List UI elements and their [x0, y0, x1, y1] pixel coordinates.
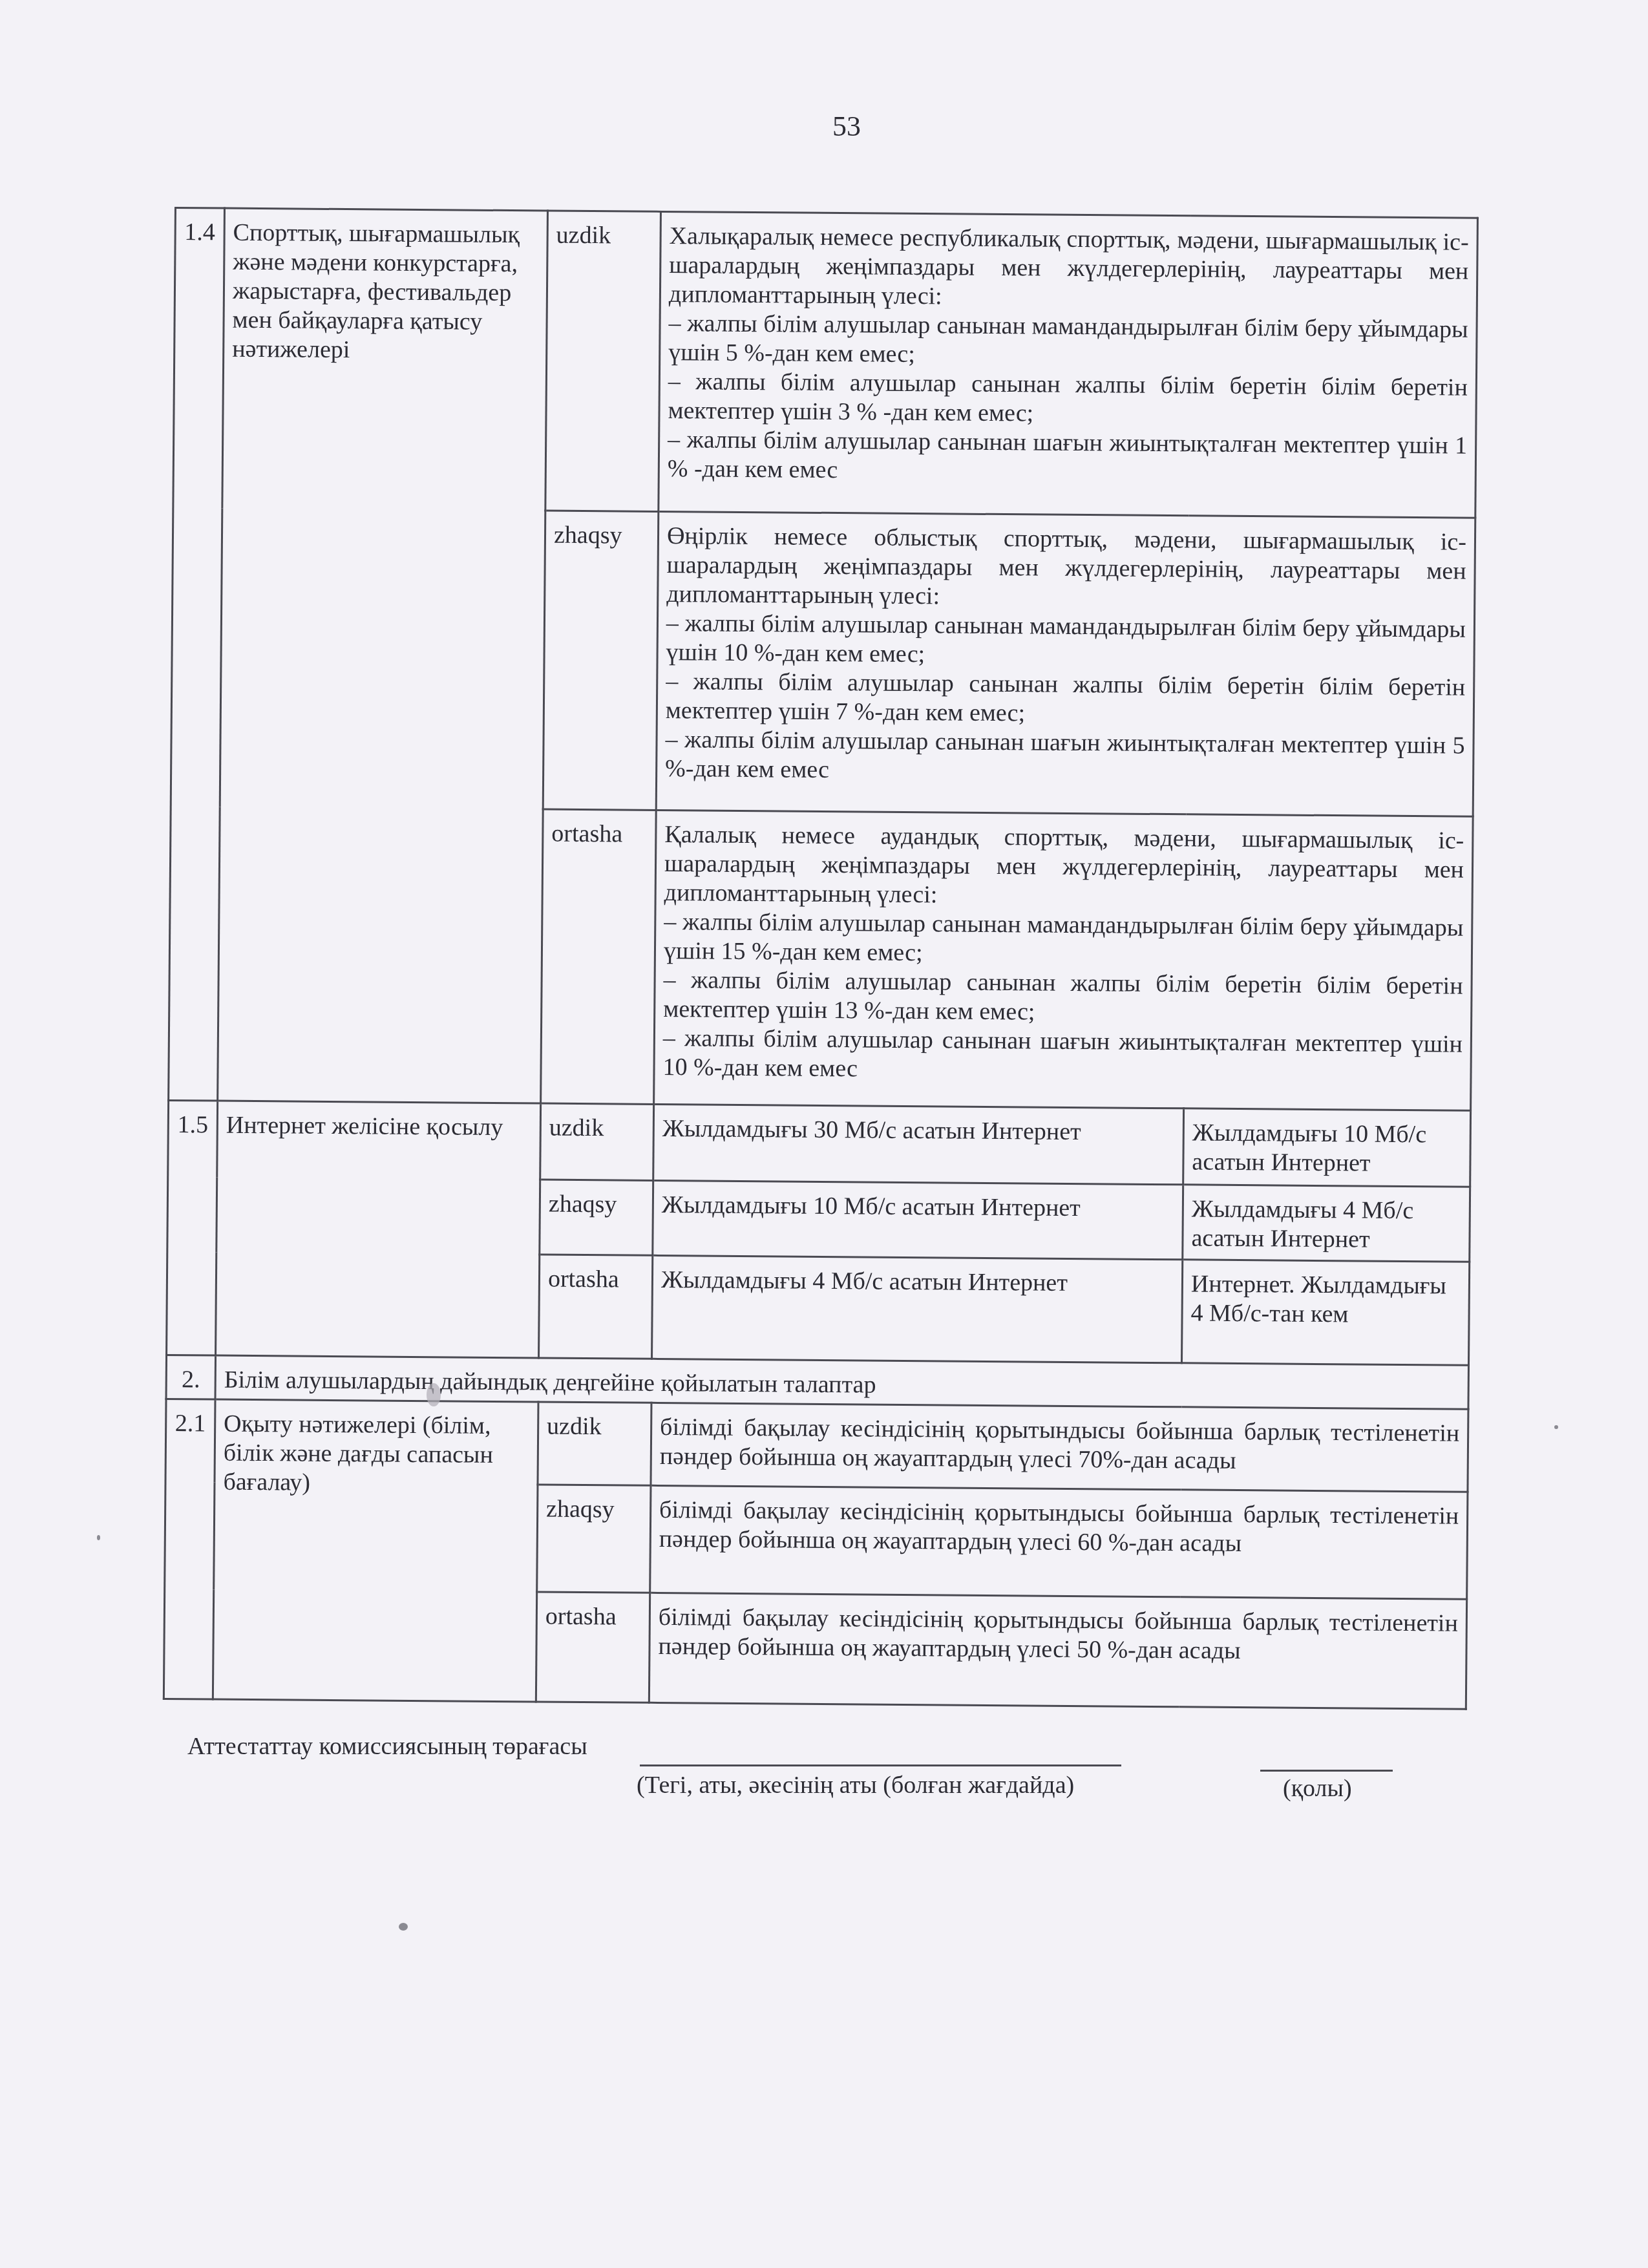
- description-item: – жалпы білім алушылар санынан маманданд…: [666, 609, 1466, 673]
- internet-requirement-alt: Жылдамдығы 4 Мб/с асатын Интернет: [1183, 1185, 1470, 1262]
- level-description: білімді бақылау кесіндісінің қорытындысы…: [650, 1485, 1468, 1599]
- level-label: ortasha: [541, 809, 657, 1104]
- description-text: білімді бақылау кесіндісінің қорытындысы…: [660, 1413, 1460, 1478]
- level-description: Қалалық немесе аудандық спорттық, мәдени…: [654, 810, 1474, 1110]
- signature-caption: (қолы): [1283, 1774, 1352, 1803]
- internet-requirement-alt: Жылдамдығы 10 Мб/с асатын Интернет: [1183, 1108, 1471, 1187]
- description-item: – жалпы білім алушылар санынан жалпы біл…: [663, 966, 1463, 1030]
- table-row: 1.4 Спорттық, шығармашылық және мәдени к…: [173, 208, 1478, 518]
- row-number: 1.4: [169, 208, 225, 1101]
- level-description: білімді бақылау кесіндісінің қорытындысы…: [651, 1403, 1468, 1492]
- level-label: zhaqsy: [537, 1485, 651, 1593]
- level-label: ortasha: [536, 1592, 650, 1702]
- criterion-cell: Спорттық, шығармашылық және мәдени конку…: [218, 208, 548, 1103]
- description-item: – жалпы білім алушылар санынан маманданд…: [668, 309, 1468, 374]
- page-number: 53: [801, 110, 892, 143]
- level-label: zhaqsy: [540, 1180, 653, 1255]
- row-number: 2.1: [164, 1399, 215, 1699]
- name-caption: (Тегі, аты, әкесінің аты (болған жағдайд…: [637, 1771, 1074, 1799]
- level-label: zhaqsy: [543, 511, 659, 810]
- description-item: – жалпы білім алушылар санынан маманданд…: [664, 907, 1464, 972]
- description-item: – жалпы білім алушылар санынан шағын жиы…: [662, 1024, 1463, 1088]
- scan-speck: [427, 1383, 441, 1406]
- name-signature-line: [640, 1765, 1121, 1766]
- signature-line: [1260, 1770, 1393, 1772]
- description-text: білімді бақылау кесіндісінің қорытындысы…: [659, 1496, 1459, 1560]
- table-row: 1.5 Интернет желісіне қосылу uzdik Жылда…: [168, 1100, 1471, 1187]
- level-description: Халықаралық немесе республикалық спортты…: [659, 211, 1478, 518]
- internet-requirement: Жылдамдығы 4 Мб/с асатын Интернет: [652, 1255, 1183, 1362]
- description-item: – жалпы білім алушылар санынан жалпы біл…: [668, 367, 1468, 432]
- scan-speck: [399, 1923, 408, 1931]
- level-label: uzdik: [540, 1103, 654, 1180]
- description-text: білімді бақылау кесіндісінің қорытындысы…: [658, 1603, 1458, 1668]
- criteria-table: 1.4 Спорттық, шығармашылық және мәдени к…: [163, 207, 1479, 1710]
- table-row: 2.1 Оқыту нәтижелері (білім, білік және …: [165, 1399, 1468, 1492]
- scan-speck: [97, 1535, 100, 1540]
- criterion-cell: Интернет желісіне қосылу: [216, 1101, 541, 1358]
- commission-chair-label: Аттестаттау комиссиясының төрағасы: [187, 1732, 587, 1761]
- internet-requirement: Жылдамдығы 10 Мб/с асатын Интернет: [653, 1180, 1183, 1259]
- level-label: uzdik: [545, 211, 661, 511]
- level-description: білімді бақылау кесіндісінің қорытындысы…: [649, 1593, 1466, 1709]
- scan-speck: [1554, 1425, 1558, 1429]
- description-item: – жалпы білім алушылар санынан жалпы біл…: [666, 667, 1466, 732]
- description-intro: Қалалық немесе аудандық спорттық, мәдени…: [664, 820, 1464, 914]
- criterion-cell: Оқыту нәтижелері (білім, білік және дағд…: [213, 1399, 538, 1702]
- internet-requirement: Жылдамдығы 30 Мб/с асатын Интернет: [653, 1104, 1184, 1184]
- row-number: 2.: [166, 1355, 216, 1399]
- description-item: – жалпы білім алушылар санынан шағын жиы…: [668, 425, 1468, 490]
- level-label: ortasha: [539, 1255, 653, 1359]
- description-item: – жалпы білім алушылар санынан шағын жиы…: [665, 725, 1465, 790]
- description-intro: Өңірлік немесе облыстық спорттық, мәдени…: [666, 522, 1466, 615]
- description-intro: Халықаралық немесе республикалық спортты…: [669, 222, 1469, 315]
- level-label: uzdik: [538, 1402, 651, 1485]
- row-number: 1.5: [167, 1100, 218, 1355]
- level-description: Өңірлік немесе облыстық спорттық, мәдени…: [656, 511, 1475, 816]
- internet-requirement-alt: Интернет. Жылдамдығы 4 Мб/с-тан кем: [1181, 1260, 1469, 1365]
